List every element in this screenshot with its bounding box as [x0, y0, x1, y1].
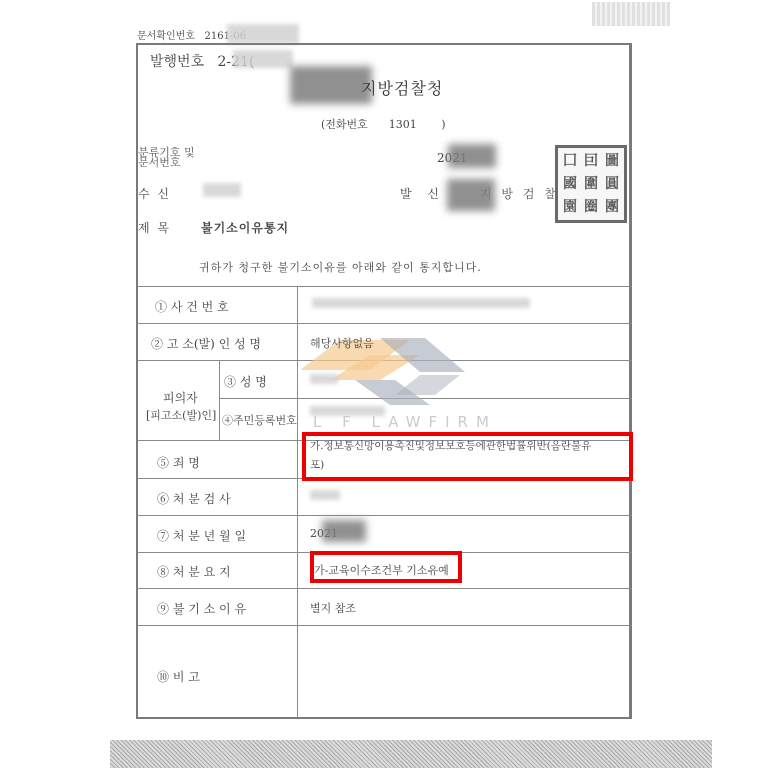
- seal-glyph: 圖: [602, 150, 622, 172]
- issue-label: 발행번호: [150, 54, 204, 70]
- seal-glyph: 園: [560, 196, 580, 218]
- redacted-case-number: [312, 298, 530, 308]
- label-disposition-summary: ⑧ 처 분 요 지: [157, 563, 231, 580]
- label-suspect-group: 피의자: [163, 389, 198, 406]
- subject-value: 불기소이유통지: [201, 219, 289, 236]
- seal-glyph: 圍: [581, 173, 601, 195]
- doc-confirm-label: 문서확인번호: [137, 31, 195, 42]
- redacted-resident-number: [310, 406, 385, 416]
- label-suspect-group-sub: [피고소(발)인]: [146, 407, 216, 423]
- phone-number: 1301: [389, 118, 417, 131]
- seal-glyph: 團: [602, 196, 622, 218]
- official-seal: 囗 囙 圖 國 圍 圓 園 圈 團: [555, 145, 627, 223]
- subject-label: 제 목: [138, 219, 171, 236]
- label-charge: ⑤ 죄 명: [157, 454, 200, 471]
- value-complainant-name: 해당사항없음: [310, 335, 374, 351]
- redacted-office-name: [290, 66, 372, 104]
- table-top-line: [137, 286, 632, 287]
- kicc-code-stamp: [592, 2, 670, 26]
- redacted-disposition-date: [322, 520, 366, 542]
- label-case-number: ① 사 건 번 호: [155, 298, 229, 315]
- label-complainant-name: ② 고 소(발) 인 성 명: [151, 335, 261, 352]
- scan-noise-strip: [110, 740, 712, 768]
- subcolumn-divider: [219, 360, 220, 440]
- phone-line: (전화번호 1301 ): [321, 116, 446, 132]
- office-title: 지방검찰청: [361, 76, 443, 99]
- classification-line-2: 문서번호: [138, 156, 181, 169]
- highlight-box-disposition: [310, 551, 462, 583]
- label-suspect-name: ③ 성 명: [224, 373, 267, 390]
- seal-glyph: 圓: [602, 173, 622, 195]
- label-remarks: ⑩ 비 고: [157, 668, 200, 685]
- redacted-prosecutor: [310, 490, 340, 500]
- seal-glyph: 囗: [560, 150, 580, 172]
- sender-label: 발 신: [400, 185, 445, 202]
- value-non-indictment-reason: 별지 참조: [310, 600, 356, 616]
- row-divider: [137, 625, 632, 626]
- label-non-indictment-reason: ⑨ 불 기 소 이 유: [157, 600, 246, 617]
- highlight-box-charge: [302, 432, 633, 481]
- redacted-suspect-name: [310, 374, 338, 384]
- seal-glyph: 囙: [581, 150, 601, 172]
- seal-glyph: 圈: [581, 196, 601, 218]
- redacted-date: [448, 144, 496, 168]
- classification-label: 분류기호 및 문서번호: [138, 148, 195, 168]
- row-divider: [137, 515, 632, 516]
- label-prosecutor: ⑥ 처 분 검 사: [157, 490, 231, 507]
- redacted-recipient: [203, 183, 241, 197]
- seal-glyph: 國: [560, 173, 580, 195]
- intro-text: 귀하가 청구한 불기소이유를 아래와 같이 통지합니다.: [199, 259, 482, 275]
- redacted-issue-number: [233, 50, 293, 68]
- recipient-label: 수 신: [138, 185, 171, 202]
- row-divider: [137, 588, 632, 589]
- phone-label: (전화번호: [321, 118, 368, 131]
- row-divider: [137, 360, 632, 361]
- label-disposition-date: ⑦ 처 분 년 월 일: [157, 527, 246, 544]
- redacted-sender: [447, 179, 495, 211]
- row-divider: [137, 323, 632, 324]
- row-divider: [219, 398, 632, 399]
- label-resident-number: ④주민등록번호: [222, 412, 297, 428]
- redacted-doc-number: [227, 24, 299, 44]
- column-divider: [297, 286, 298, 718]
- phone-close: ): [441, 118, 445, 131]
